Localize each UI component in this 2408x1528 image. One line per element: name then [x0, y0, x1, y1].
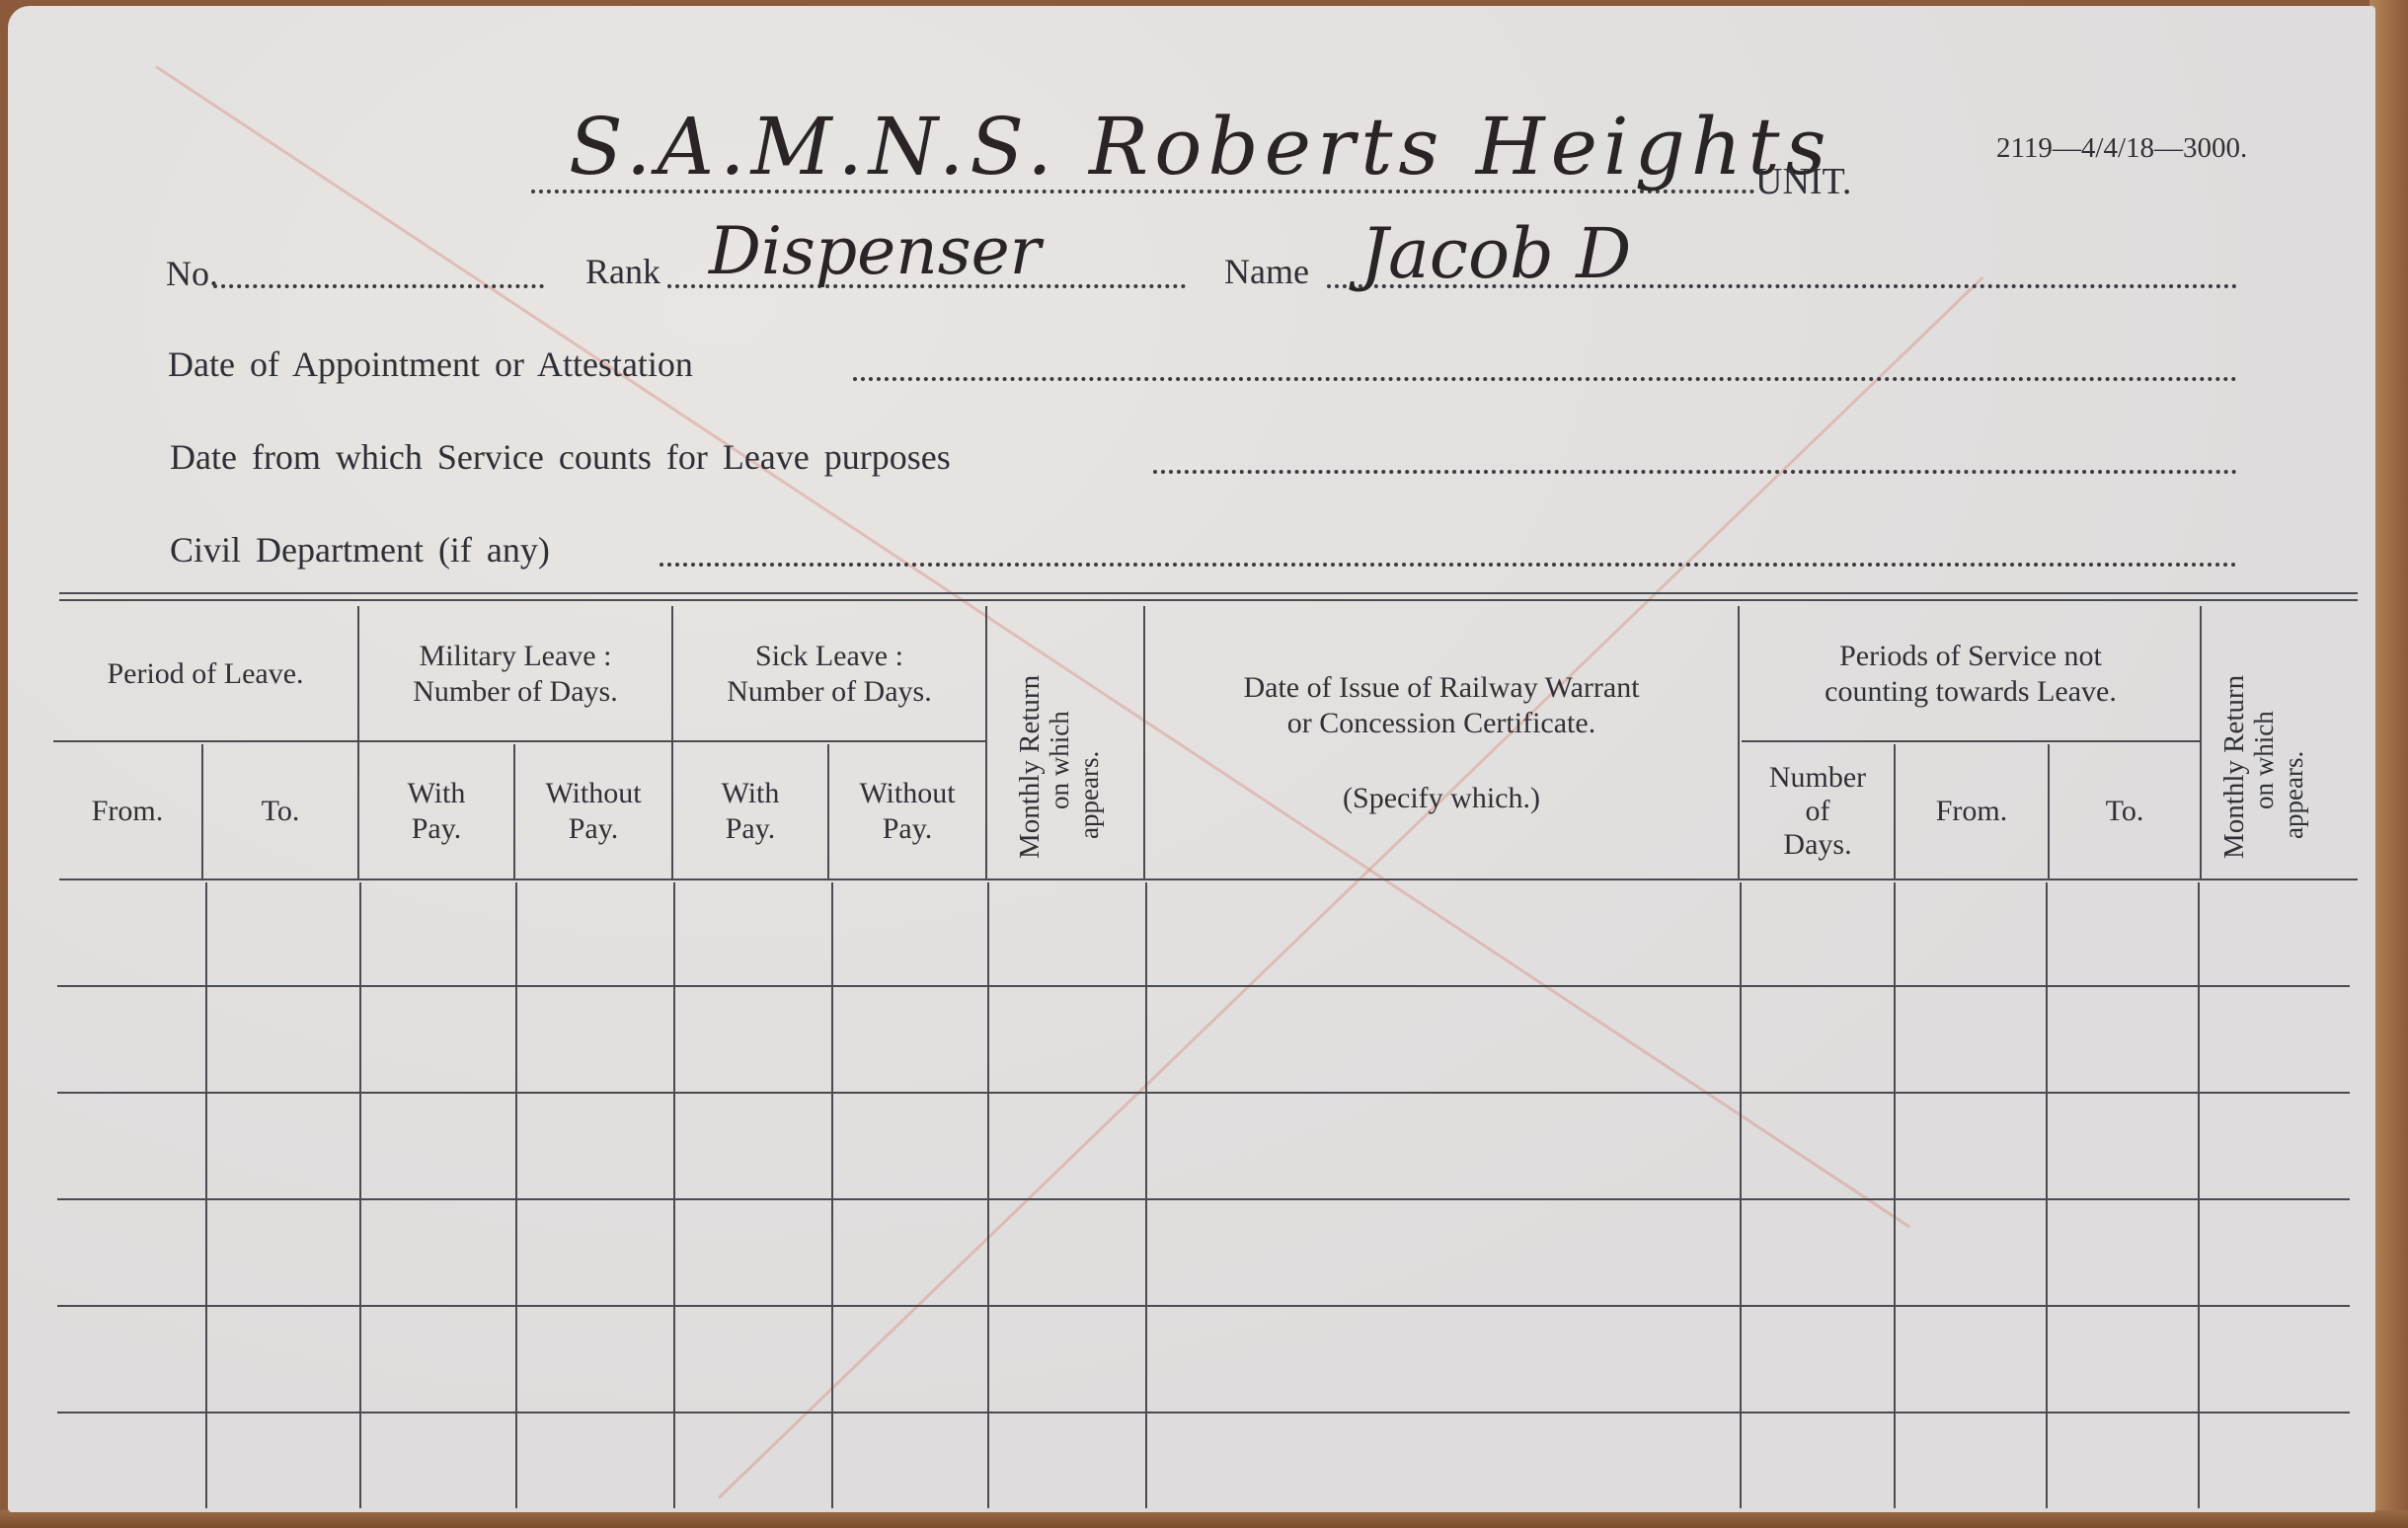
header-sick-leave: Sick Leave : Number of Days.	[673, 608, 985, 740]
unit-value[interactable]: S.A.M.N.S. Roberts Heights	[569, 101, 1832, 192]
name-label: Name	[1224, 251, 1309, 292]
service-counts-field[interactable]	[1153, 470, 2237, 474]
civil-department-field[interactable]	[660, 563, 2237, 567]
number-label: No.	[166, 253, 218, 294]
header-monthly-return-2: Monthly Return on which appears.	[2219, 675, 2308, 859]
subheader-sick-without-pay: WithoutPay.	[829, 744, 985, 879]
subheader-service-days: NumberofDays.	[1742, 744, 1894, 879]
table-body[interactable]	[53, 882, 2354, 1508]
appointment-field[interactable]	[853, 377, 2237, 381]
col-divider	[2200, 606, 2202, 879]
number-field[interactable]	[213, 284, 544, 288]
header-period-of-leave: Period of Leave.	[53, 608, 357, 740]
service-counts-label: Date from which Service counts for Leave…	[170, 436, 951, 478]
subheader-military-without-pay: WithoutPay.	[515, 744, 671, 879]
subheader-rule-right	[1742, 740, 2200, 742]
header-periods-not-counting: Periods of Service not counting towards …	[1742, 608, 2200, 740]
subheader-service-from: From.	[1896, 744, 2048, 879]
header-military-leave: Military Leave : Number of Days.	[359, 608, 671, 740]
header-bottom-rule	[59, 879, 2358, 880]
form-number: 2119—4/4/18—3000.	[1996, 132, 2247, 165]
subheader-period-from: From.	[53, 744, 201, 879]
rank-label: Rank	[585, 251, 660, 292]
header-railway-warrant: Date of Issue of Railway Warrant or Conc…	[1145, 608, 1738, 879]
table-surface-bottom	[0, 1510, 2408, 1528]
subheader-sick-with-pay: WithPay.	[673, 744, 827, 879]
subheader-service-to: To.	[2050, 744, 2200, 879]
leave-record-card: 2119—4/4/18—3000. S.A.M.N.S. Roberts Hei…	[8, 6, 2375, 1512]
header-monthly-return-1: Monthly Return on which appears.	[1015, 675, 1104, 859]
rank-value[interactable]: Dispenser	[709, 213, 1041, 289]
appointment-label: Date of Appointment or Attestation	[168, 344, 693, 385]
col-divider	[985, 606, 987, 879]
col-divider	[1738, 606, 1740, 879]
header-double-rule-top	[59, 592, 2358, 594]
header-double-rule-bottom	[59, 599, 2358, 601]
civil-department-label: Civil Department (if any)	[170, 529, 550, 571]
unit-label: UNIT.	[1755, 160, 1851, 203]
subheader-period-to: To.	[203, 744, 357, 879]
subheader-rule-left	[53, 740, 985, 742]
name-value[interactable]: Jacob D	[1360, 213, 1631, 294]
subheader-military-with-pay: WithPay.	[359, 744, 513, 879]
